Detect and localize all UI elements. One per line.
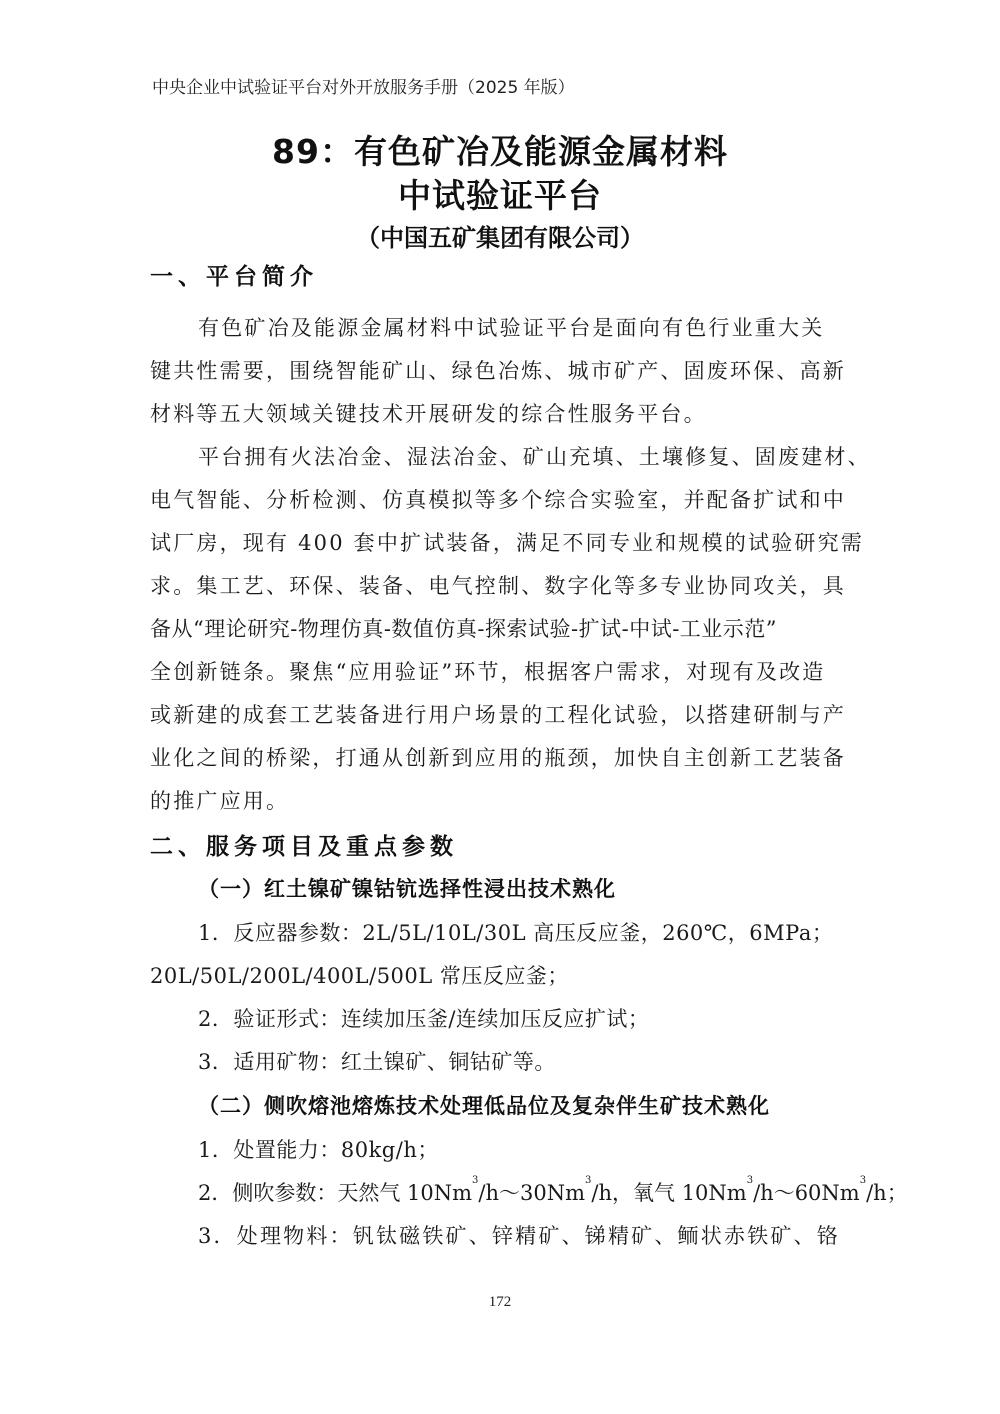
param-line: 1．反应器参数：2L/5L/10L/30L 高压反应釜，260℃，6MPa； — [198, 917, 898, 947]
company-subtitle: （中国五矿集团有限公司） — [0, 218, 1000, 253]
superscript: 3 — [860, 1175, 866, 1186]
paragraph-line: 键共性需要，围绕智能矿山、绿色冶炼、城市矿产、固废环保、高新 — [150, 355, 850, 385]
section-heading-services: 二、服务项目及重点参数 — [150, 828, 458, 861]
page-number: 172 — [0, 1294, 1000, 1311]
page-title-line2: 中试验证平台 — [0, 170, 1000, 217]
param-line: 1．处置能力：80kg/h； — [198, 1134, 898, 1164]
param-text: /h，氧气 10Nm — [591, 1181, 746, 1205]
superscript: 3 — [585, 1175, 591, 1186]
paragraph-line: 电气智能、分析检测、仿真模拟等多个综合实验室，并配备扩试和中 — [150, 484, 850, 514]
param-text: 2．侧吹参数：天然气 10Nm — [198, 1181, 472, 1205]
paragraph-line: 业化之间的桥梁，打通从创新到应用的瓶颈，加快自主创新工艺装备 — [150, 742, 850, 772]
paragraph-line: 或新建的成套工艺装备进行用户场景的工程化试验，以搭建研制与产 — [150, 699, 850, 729]
paragraph-line: 有色矿冶及能源金属材料中试验证平台是面向有色行业重大关 — [198, 312, 898, 342]
subsection-heading-2: （二）侧吹熔池熔炼技术处理低品位及复杂伴生矿技术熟化 — [198, 1090, 770, 1120]
paragraph-line: 求。集工艺、环保、装备、电气控制、数字化等多专业协同攻关，具 — [150, 570, 850, 600]
document-page: 中央企业中试验证平台对外开放服务手册（2025 年版） 89：有色矿冶及能源金属… — [0, 0, 1000, 1414]
section-heading-intro: 一、平台简介 — [150, 258, 318, 291]
paragraph-line: 的推广应用。 — [150, 785, 850, 815]
param-text: /h； — [866, 1181, 908, 1205]
superscript: 3 — [747, 1175, 753, 1186]
paragraph-line: 平台拥有火法冶金、湿法冶金、矿山充填、土壤修复、固废建材、 — [198, 441, 898, 471]
param-line: 3．处理物料：钒钛磁铁矿、锌精矿、锑精矿、鲕状赤铁矿、铬 — [198, 1220, 898, 1250]
paragraph-line: 试厂房，现有 400 套中扩试装备，满足不同专业和规模的试验研究需 — [150, 527, 850, 557]
page-title-line1: 89：有色矿冶及能源金属材料 — [0, 126, 1000, 173]
param-line: 20L/50L/200L/400L/500L 常压反应釜； — [150, 960, 850, 990]
param-text: /h～60Nm — [753, 1181, 860, 1205]
paragraph-line: 材料等五大领域关键技术开展研发的综合性服务平台。 — [150, 398, 850, 428]
superscript: 3 — [472, 1175, 478, 1186]
paragraph-line: 备从“理论研究-物理仿真-数值仿真-探索试验-扩试-中试-工业示范” — [150, 613, 850, 643]
param-line: 3．适用矿物：红土镍矿、铜钴矿等。 — [198, 1046, 898, 1076]
paragraph-line: 全创新链条。聚焦“应用验证”环节，根据客户需求，对现有及改造 — [150, 656, 850, 686]
running-header: 中央企业中试验证平台对外开放服务手册（2025 年版） — [152, 73, 575, 98]
param-line-blowing: 2．侧吹参数：天然气 10Nm3/h～30Nm3/h，氧气 10Nm3/h～60… — [198, 1177, 898, 1207]
param-line: 2．验证形式：连续加压釜/连续加压反应扩试； — [198, 1003, 898, 1033]
param-text: /h～30Nm — [478, 1181, 585, 1205]
subsection-heading-1: （一）红土镍矿镍钴钪选择性浸出技术熟化 — [198, 873, 616, 903]
